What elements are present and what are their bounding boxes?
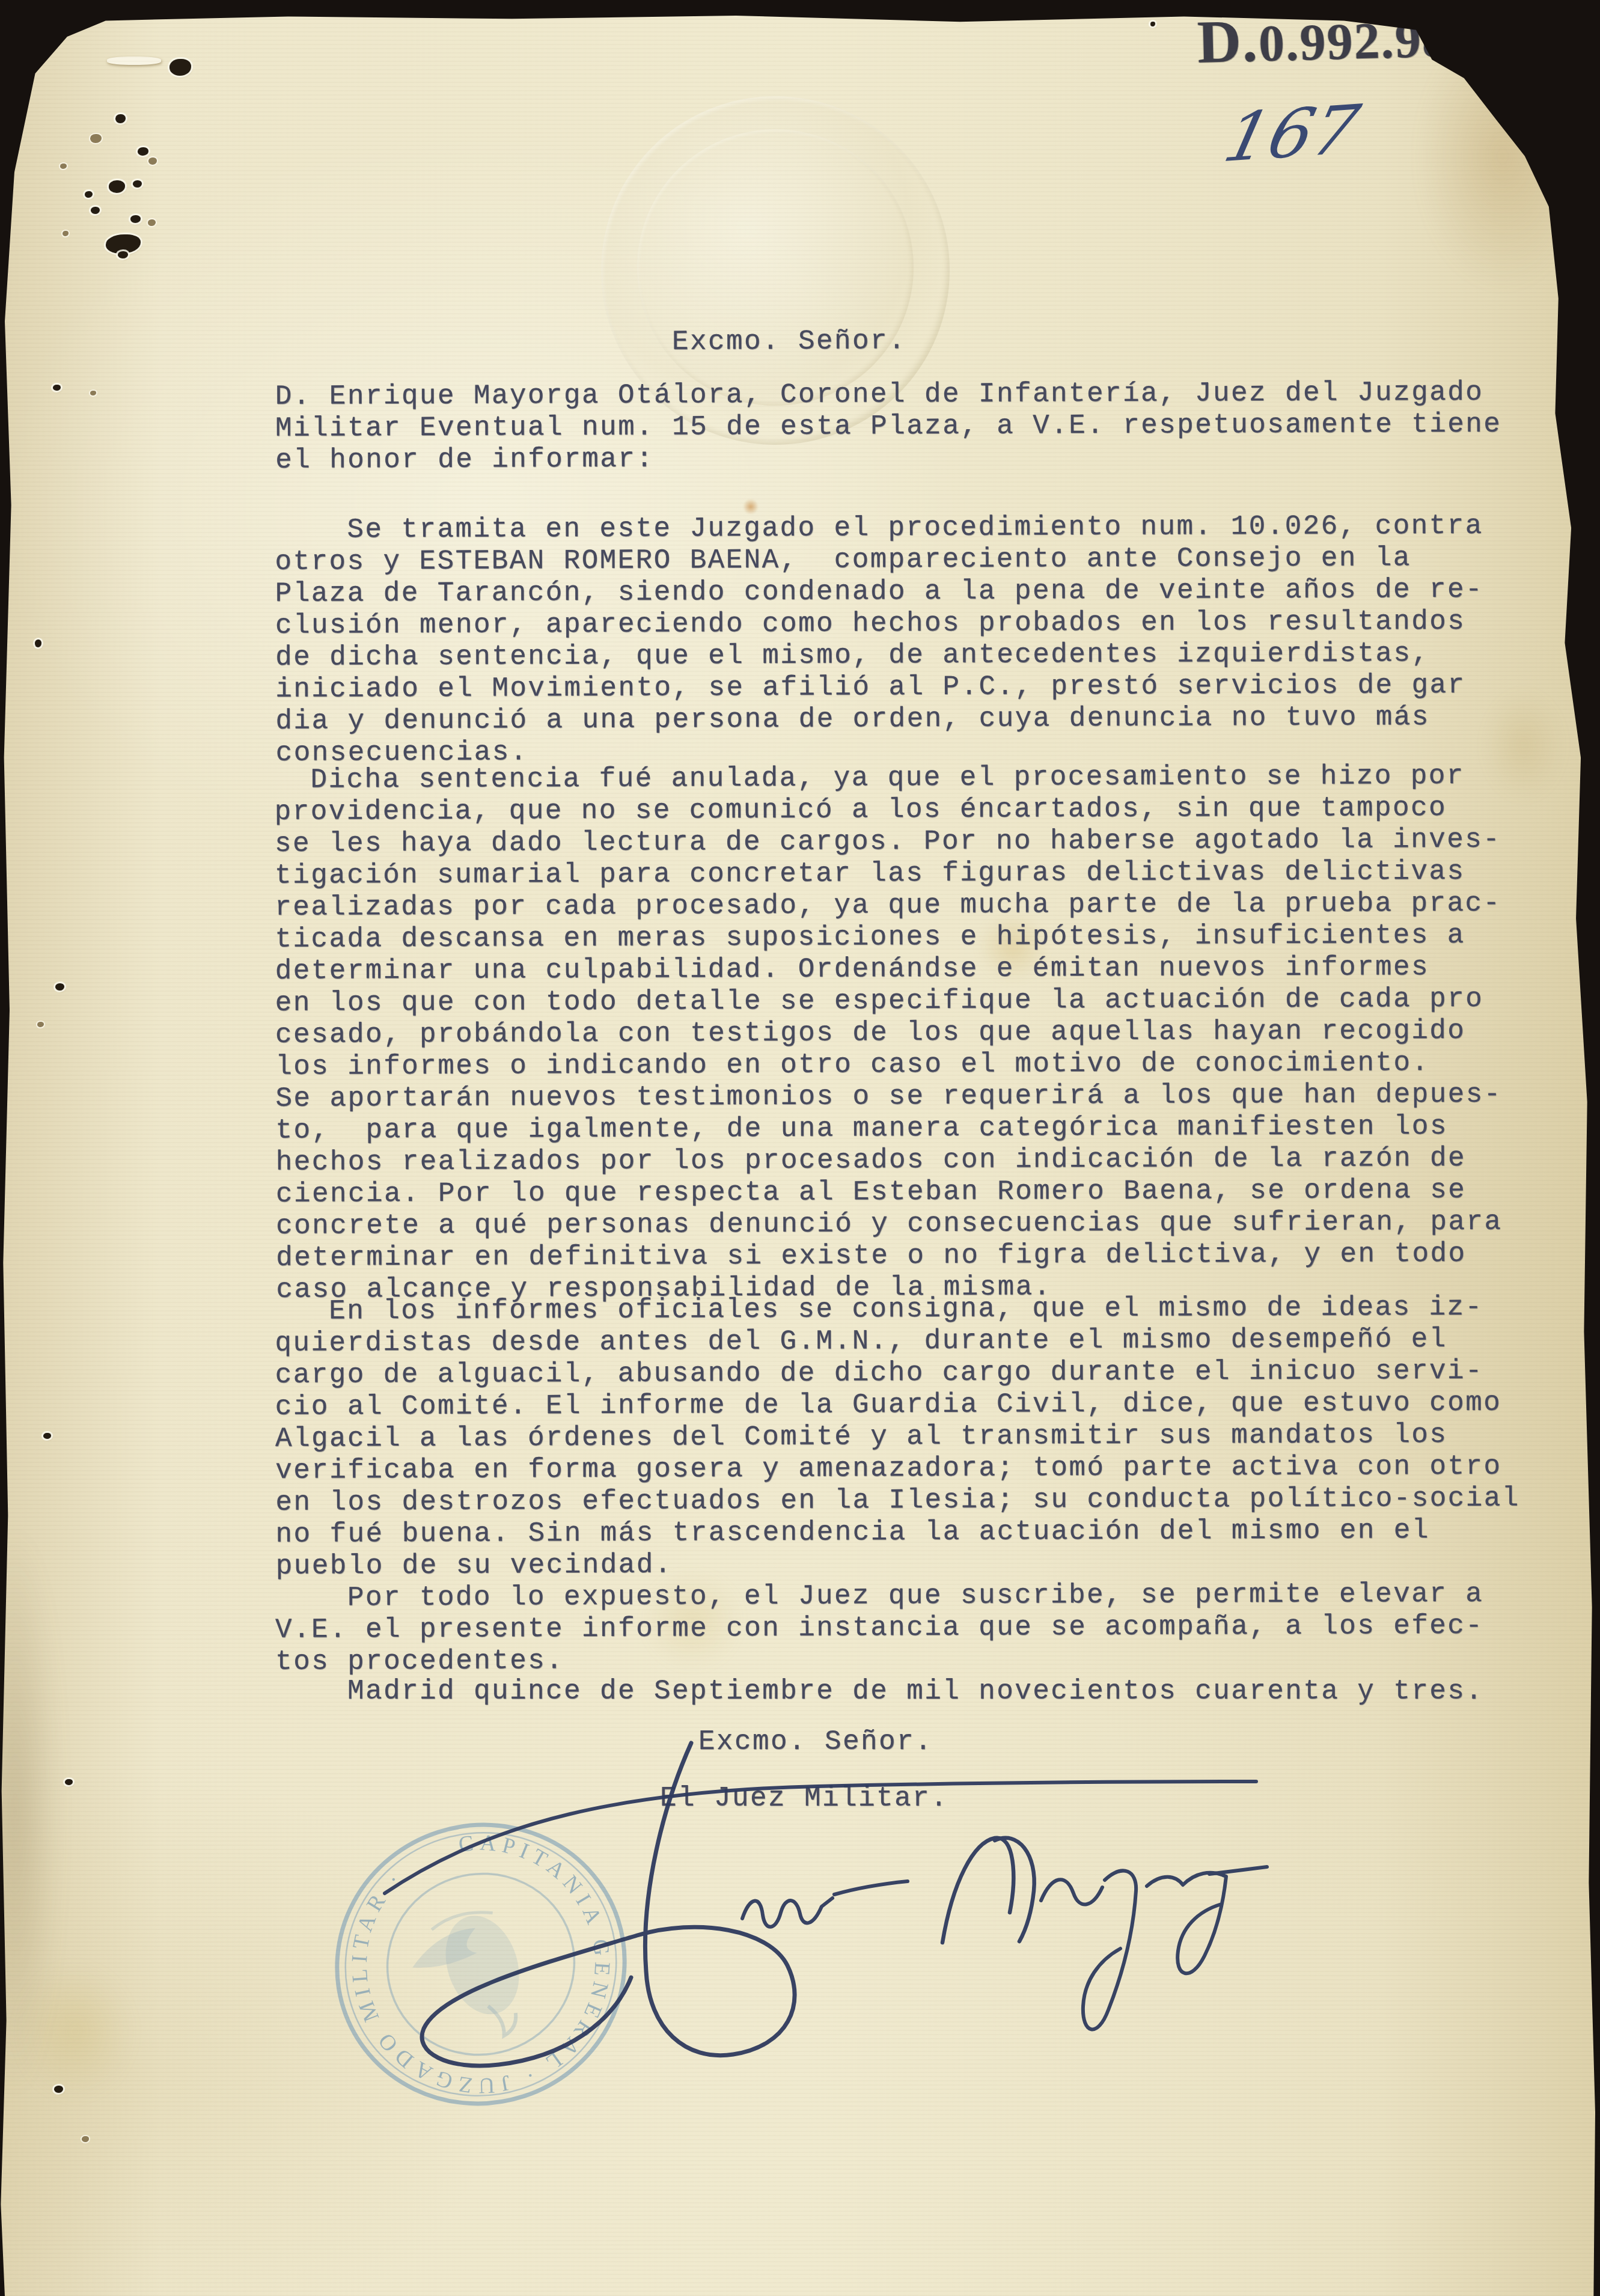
paper-hole	[118, 251, 128, 258]
paper-hole	[65, 1779, 73, 1785]
scanned-document-page: D.0.992.980 167 Excmo. Señor. D. Enrique…	[0, 0, 1600, 2296]
text-line: el honor de informar:	[275, 440, 1592, 477]
text-line: Dicha sentencia fué anulada, ya que el p…	[274, 760, 1590, 796]
paragraph-conclusion: Por todo lo expuesto, el Juez que suscri…	[275, 1578, 1592, 1678]
text-line: Se tramita en este Juzgado el procedimie…	[275, 510, 1591, 546]
text-line: en los que con todo detalle se especifiq…	[275, 983, 1592, 1019]
paper-hole	[35, 640, 41, 647]
text-line: hechos realizados por los procesados con…	[276, 1142, 1592, 1179]
text-line: Plaza de Tarancón, siendo condenado a la…	[275, 573, 1592, 610]
paragraph-intro: D. Enrique Mayorga Otálora, Coronel de I…	[275, 376, 1592, 477]
text-line: tigación sumarial para concretar las fig…	[275, 855, 1591, 892]
archive-number-stamp: D.0.992.980	[1197, 0, 1477, 76]
paper-hole	[60, 163, 67, 169]
paper-tear	[107, 56, 161, 65]
paper-hole	[1150, 22, 1155, 26]
text-line: en los destrozos efectuados en la Ilesia…	[275, 1482, 1592, 1519]
text-line: En los informes oficiales se consigna, q…	[275, 1291, 1591, 1328]
paper-hole	[54, 2086, 63, 2093]
text-line: pueblo de su vecindad.	[276, 1546, 1592, 1583]
paper-fold-shadow	[0, 1527, 60, 2098]
text-line: tos procedentes.	[275, 1641, 1592, 1678]
text-line: quierdistas desde antes del G.M.N., dura…	[275, 1323, 1591, 1360]
paper-hole	[133, 180, 142, 188]
paper-hole	[85, 191, 93, 198]
text-line: to, para que igalmente, de una manera ca…	[275, 1110, 1592, 1147]
paper-hole	[169, 59, 191, 76]
handwritten-signature	[313, 1701, 1334, 2122]
text-line: D. Enrique Mayorga Otálora, Coronel de I…	[275, 376, 1592, 413]
text-line: realizadas por cada procesado, ya que mu…	[275, 887, 1591, 924]
paper-hole	[90, 134, 102, 143]
folio-number-handwritten: 167	[1217, 91, 1366, 178]
paper-hole	[148, 219, 156, 226]
paper-hole	[53, 385, 61, 391]
paper-stain	[1418, 24, 1587, 289]
text-line: V.E. el presente informe con instancia q…	[275, 1610, 1592, 1646]
paragraph-case: Se tramita en este Juzgado el procedimie…	[275, 510, 1592, 769]
text-line: los informes o indicando en otro caso el…	[275, 1046, 1592, 1083]
paper-hole	[148, 157, 157, 165]
text-line: providencia, que no se comunicó a los én…	[275, 792, 1591, 828]
text-line: cesado, probándola con testigos de los q…	[275, 1015, 1592, 1051]
paper-hole	[109, 180, 125, 193]
salutation-heading: Excmo. Señor.	[672, 325, 906, 358]
text-line: cargo de alguacil, abusando de dicho car…	[275, 1355, 1592, 1391]
paper-hole	[130, 215, 141, 223]
paper-hole	[138, 147, 148, 156]
text-line: Militar Eventual num. 15 de esta Plaza, …	[275, 408, 1592, 445]
text-line: determinar en definitiva si existe o no …	[276, 1238, 1592, 1274]
paper-hole	[55, 983, 64, 991]
text-line: se les haya dado lectura de cargos. Por …	[275, 823, 1591, 860]
paper-sheet: D.0.992.980 167 Excmo. Señor. D. Enrique…	[0, 0, 1600, 2296]
text-line: Por todo lo expuesto, el Juez que suscri…	[275, 1578, 1592, 1614]
paper-hole	[91, 207, 100, 214]
text-line: ticada descansa en meras suposiciones e …	[275, 919, 1591, 956]
text-line: de dicha sentencia, que el mismo, de ant…	[275, 637, 1592, 674]
text-line: concrete a qué personas denunció y conse…	[276, 1206, 1592, 1242]
text-line: ciencia. Por lo que respecta al Esteban …	[276, 1174, 1592, 1211]
text-line: determinar una culpabilidad. Ordenándse …	[275, 951, 1592, 988]
paper-hole	[82, 2136, 89, 2142]
paper-hole	[63, 231, 69, 236]
paper-hole	[37, 1022, 44, 1027]
text-line: Algacil a las órdenes del Comité y al tr…	[275, 1418, 1592, 1455]
text-line: dia y denunció a una persona de orden, c…	[275, 701, 1592, 737]
paragraph-annulment: Dicha sentencia fué anulada, ya que el p…	[274, 760, 1592, 1306]
text-line: verificaba en forma gosera y amenazadora…	[275, 1450, 1592, 1487]
paper-hole	[115, 114, 126, 123]
text-line: no fué buena. Sin más trascendencia la a…	[275, 1514, 1592, 1551]
paper-hole	[90, 391, 96, 395]
paragraph-reports: En los informes oficiales se consigna, q…	[275, 1291, 1592, 1583]
text-line: iniciado el Movimiento, se afilió al P.C…	[275, 669, 1592, 706]
embossed-seal-inner-ring	[637, 129, 914, 406]
text-line: Se aportarán nuevos testimonios o se req…	[275, 1078, 1592, 1115]
text-line: cio al Comité. El informe de la Guardia …	[275, 1387, 1592, 1423]
paper-stain	[18, 1965, 132, 2098]
text-line: otros y ESTEBAN ROMERO BAENA, comparecie…	[275, 542, 1591, 578]
paper-hole	[43, 1433, 51, 1439]
text-line: clusión menor, apareciendo como hechos p…	[275, 605, 1592, 642]
